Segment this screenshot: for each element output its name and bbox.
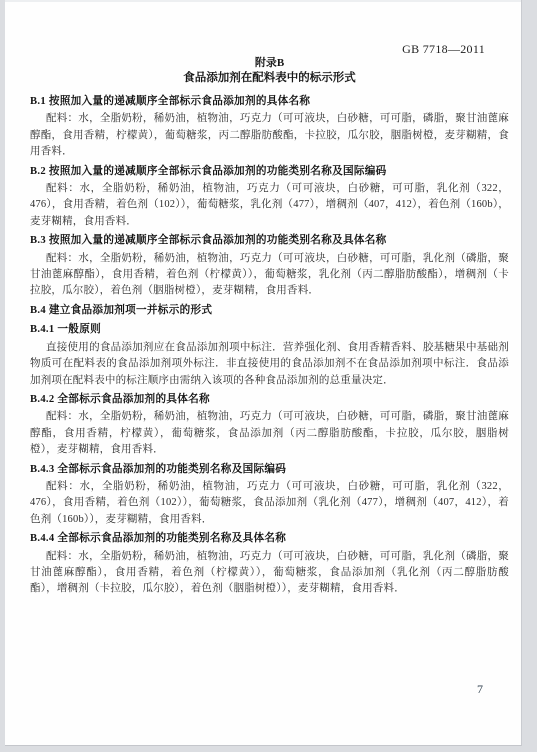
section-paragraph: 配料：水，全脂奶粉，稀奶油，植物油，巧克力（可可液块，白砂糖，可可脂，乳化剂（3… [30, 181, 509, 230]
appendix-title: 附录B [30, 56, 509, 70]
section-b4-2: B.4.2 全部标示食品添加剂的具体名称 配料：水，全脂奶粉，稀奶油，植物油，巧… [30, 392, 509, 459]
section-paragraph: 直接使用的食品添加剂应在食品添加剂项中标注．营养强化剂、食用香精香料、胶基糖果中… [30, 340, 509, 389]
section-heading: B.1 按照加入量的递减顺序全部标示食品添加剂的具体名称 [30, 94, 509, 110]
appendix-subtitle: 食品添加剂在配料表中的标示形式 [30, 71, 509, 85]
section-paragraph: 配料：水，全脂奶粉，稀奶油，植物油，巧克力（可可液块，白砂糖，可可脂，磷脂，聚甘… [30, 409, 509, 458]
section-paragraph: 配料：水，全脂奶粉，稀奶油，植物油，巧克力（可可液块，白砂糖，可可脂，磷脂，聚甘… [30, 111, 509, 160]
section-heading: B.4.1 一般原则 [30, 322, 509, 338]
section-heading: B.2 按照加入量的递减顺序全部标示食品添加剂的功能类别名称及国际编码 [30, 164, 509, 180]
section-b1: B.1 按照加入量的递减顺序全部标示食品添加剂的具体名称 配料：水，全脂奶粉，稀… [30, 94, 509, 161]
section-b4-1: B.4.1 一般原则 直接使用的食品添加剂应在食品添加剂项中标注．营养强化剂、食… [30, 322, 509, 389]
section-paragraph: 配料：水，全脂奶粉，稀奶油，植物油，巧克力（可可液块，白砂糖，可可脂，乳化剂（磷… [30, 549, 509, 598]
section-b3: B.3 按照加入量的递减顺序全部标示食品添加剂的功能类别名称及具体名称 配料：水… [30, 233, 509, 300]
section-paragraph: 配料：水，全脂奶粉，稀奶油，植物油，巧克力（可可液块，白砂糖，可可脂，乳化剂（磷… [30, 251, 509, 300]
standard-code: GB 7718—2011 [402, 42, 485, 57]
section-heading: B.4.2 全部标示食品添加剂的具体名称 [30, 392, 509, 408]
page-number: 7 [477, 682, 483, 697]
section-heading: B.4.3 全部标示食品添加剂的功能类别名称及国际编码 [30, 462, 509, 478]
document-page: GB 7718—2011 附录B 食品添加剂在配料表中的标示形式 B.1 按照加… [5, 0, 522, 746]
section-heading: B.3 按照加入量的递减顺序全部标示食品添加剂的功能类别名称及具体名称 [30, 233, 509, 249]
section-b4-3: B.4.3 全部标示食品添加剂的功能类别名称及国际编码 配料：水，全脂奶粉，稀奶… [30, 462, 509, 529]
section-b4-4: B.4.4 全部标示食品添加剂的功能类别名称及具体名称 配料：水，全脂奶粉，稀奶… [30, 531, 509, 598]
section-b4: B.4 建立食品添加剂项一并标示的形式 [30, 303, 509, 319]
section-heading: B.4 建立食品添加剂项一并标示的形式 [30, 303, 509, 319]
section-paragraph: 配料：水，全脂奶粉，稀奶油，植物油，巧克力（可可液块，白砂糖，可可脂，乳化剂（3… [30, 479, 509, 528]
section-b2: B.2 按照加入量的递减顺序全部标示食品添加剂的功能类别名称及国际编码 配料：水… [30, 164, 509, 231]
section-heading: B.4.4 全部标示食品添加剂的功能类别名称及具体名称 [30, 531, 509, 547]
document-body: 附录B 食品添加剂在配料表中的标示形式 B.1 按照加入量的递减顺序全部标示食品… [5, 0, 521, 598]
